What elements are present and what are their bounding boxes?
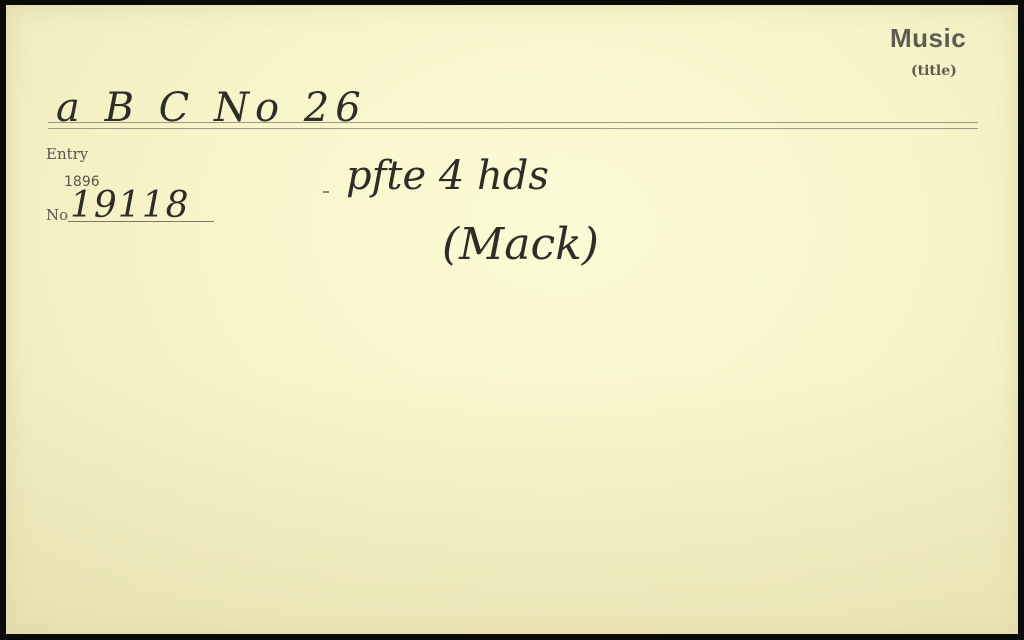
entry-label: Entry <box>46 145 88 163</box>
handwritten-description: pfte 4 hds <box>346 153 549 199</box>
category-subheading: (title) <box>911 63 957 79</box>
category-heading: Music <box>890 23 966 54</box>
entry-number-label: No <box>46 206 68 224</box>
handwritten-entry-number: 19118 <box>70 185 190 226</box>
title-rule-divider <box>48 122 978 129</box>
ink-mark <box>323 191 329 193</box>
handwritten-composer: (Mack) <box>442 219 599 270</box>
catalog-card: Music (title) a B C No 26 Entry 1896 No … <box>6 5 1018 634</box>
